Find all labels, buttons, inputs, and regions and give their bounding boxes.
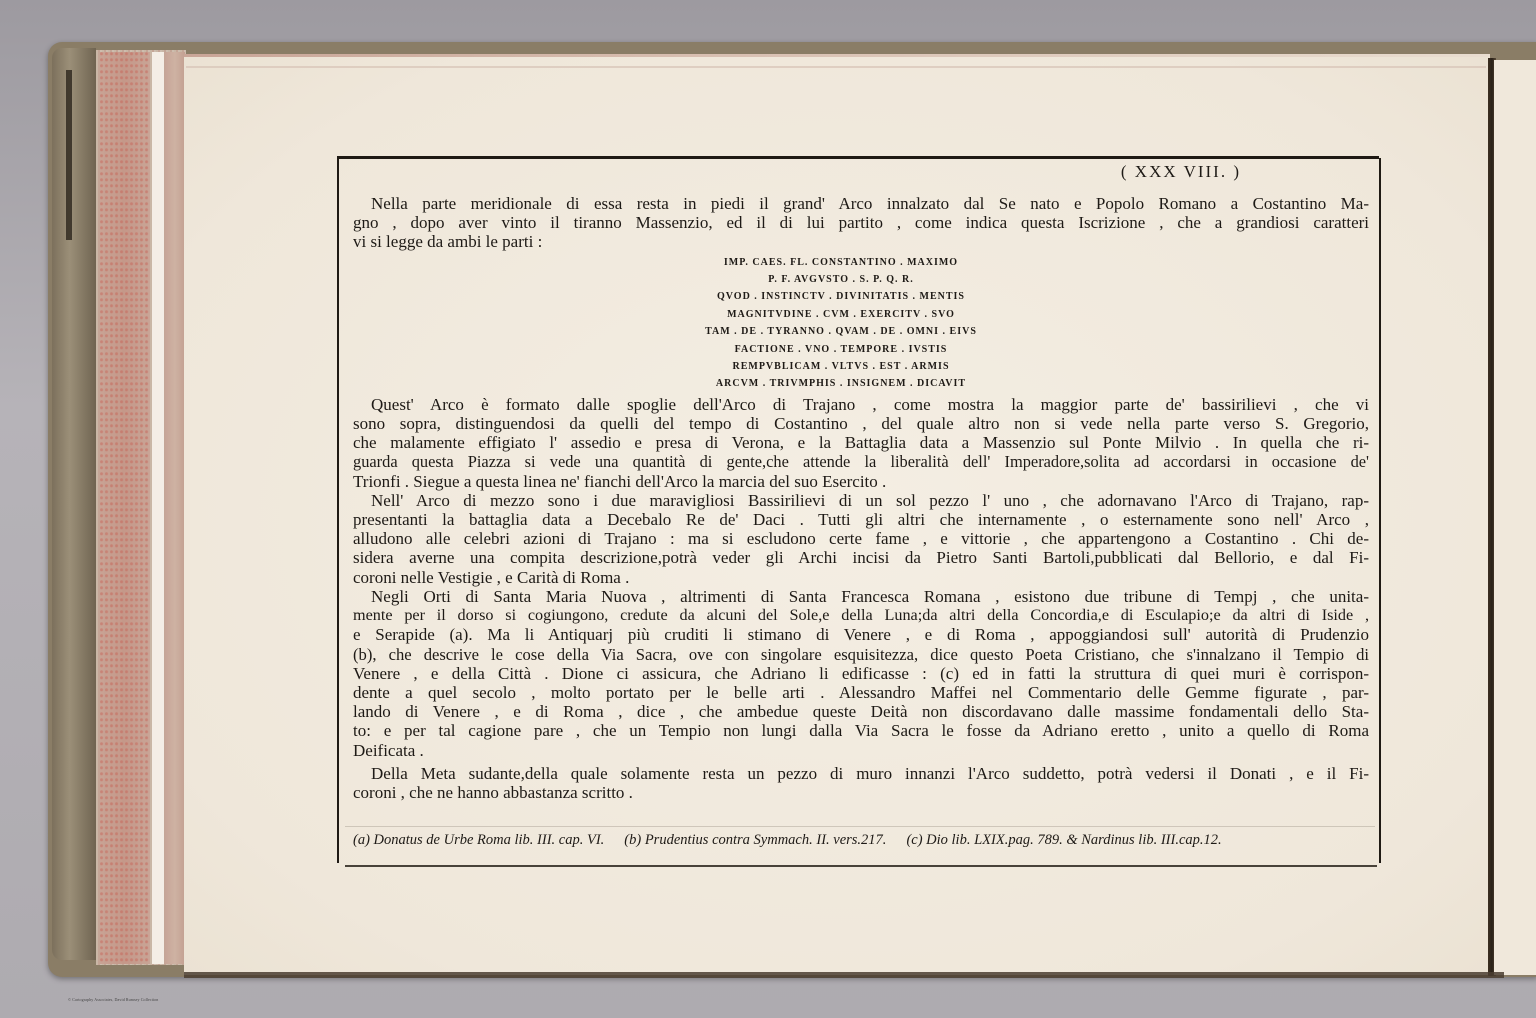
page-inner-edge xyxy=(186,66,1486,68)
text-line: guarda questa Piazza si vede una quantit… xyxy=(353,452,1369,471)
page-stack-white-band xyxy=(152,52,164,964)
inscription-line: REMPVBLICAM . VLTVS . EST . ARMIS xyxy=(353,358,1329,375)
text-line: Nell' Arco di mezzo sono i due maravigli… xyxy=(353,491,1369,510)
inscription-line: P. F. AVGVSTO . S. P. Q. R. xyxy=(353,271,1329,288)
paragraph-arco-spoglie: Quest' Arco è formato dalle spoglie dell… xyxy=(353,395,1369,491)
copyright-watermark: © Cartography Associates, David Rumsey C… xyxy=(68,997,158,1002)
text-line: coroni , che ne hanno abbastanza scritto… xyxy=(353,783,1369,802)
footnotes: (a) Donatus de Urbe Roma lib. III. cap. … xyxy=(353,832,1369,849)
paragraph-orti-santa-maria: Negli Orti di Santa Maria Nuova , altrim… xyxy=(353,587,1369,760)
text-line: che malamente effigiato l' assedio e pre… xyxy=(353,433,1369,452)
text-line: lando di Venere , e di Roma , dice , che… xyxy=(353,702,1369,721)
text-line: e Serapide (a). Ma li Antiquarj più crud… xyxy=(353,625,1369,644)
text-line: Quest' Arco è formato dalle spoglie dell… xyxy=(353,395,1369,414)
text-line: Trionfi . Siegue a questa linea ne' fian… xyxy=(353,472,1369,491)
inscription-line: FACTIONE . VNO . TEMPORE . IVSTIS xyxy=(353,341,1329,358)
frame-bottom-rule xyxy=(345,865,1377,867)
footnote-a: (a) Donatus de Urbe Roma lib. III. cap. … xyxy=(353,832,604,849)
inscription-line: QVOD . INSTINCTV . DIVINITATIS . MENTIS xyxy=(353,288,1329,305)
text-line: coroni nelle Vestigie , e Carità di Roma… xyxy=(353,568,1369,587)
inscription-line: IMP. CAES. FL. CONSTANTINO . MAXIMO xyxy=(353,254,1329,271)
footnote-separator xyxy=(345,826,1375,827)
text-line: (b), che descrive le cose della Via Sacr… xyxy=(353,645,1369,664)
text-line: vi si legge da ambi le parti : xyxy=(353,232,1369,251)
text-line: sidera averne una compita descrizione,po… xyxy=(353,548,1369,567)
inscription-line: TAM . DE . TYRANNO . QVAM . DE . OMNI . … xyxy=(353,323,1329,340)
text-line: presentanti la battaglia data a Decebalo… xyxy=(353,510,1369,529)
text-line: Deificata . xyxy=(353,741,1369,760)
footnote-c: (c) Dio lib. LXIX.pag. 789. & Nardinus l… xyxy=(906,832,1221,849)
page-top-edge xyxy=(184,54,1490,57)
latin-inscription: IMP. CAES. FL. CONSTANTINO . MAXIMO P. F… xyxy=(353,254,1369,393)
inscription-line: MAGNITVDINE . CVM . EXERCITV . SVO xyxy=(353,306,1329,323)
text-line: Della Meta sudante,della quale solamente… xyxy=(353,764,1369,783)
paragraph-meta-sudante: Della Meta sudante,della quale solamente… xyxy=(353,764,1369,802)
red-speckled-edge xyxy=(100,52,150,964)
page-text: ( XXX VIII. ) Nella parte meridionale di… xyxy=(353,162,1369,802)
cover-tear xyxy=(66,70,72,240)
text-line: alludono alle celebri azioni di Trajano … xyxy=(353,529,1369,548)
red-speckled-edge-inner xyxy=(165,52,185,964)
paragraph-arco-mezzo: Nell' Arco di mezzo sono i due maravigli… xyxy=(353,491,1369,587)
footnote-b: (b) Prudentius contra Symmach. II. vers.… xyxy=(624,832,886,849)
inscription-line: ARCVM . TRIVMPHIS . INSIGNEM . DICAVIT xyxy=(353,375,1329,392)
text-line: Venere , e della Città . Dione ci assicu… xyxy=(353,664,1369,683)
plate-number-heading: ( XXX VIII. ) xyxy=(353,162,1369,182)
page-bottom-edge xyxy=(184,972,1504,978)
text-line: to: e per tal cagione pare , che un Temp… xyxy=(353,721,1369,740)
text-line: mente per il dorso si cogiungono, credut… xyxy=(353,606,1369,625)
paragraph-intro: Nella parte meridionale di essa resta in… xyxy=(353,194,1369,252)
text-line: Negli Orti di Santa Maria Nuova , altrim… xyxy=(353,587,1369,606)
text-line: Nella parte meridionale di essa resta in… xyxy=(353,194,1369,213)
book-spine-edge xyxy=(52,48,96,960)
text-line: sono sopra, distinguendosi da quelli del… xyxy=(353,414,1369,433)
text-line: gno , dopo aver vinto il tiranno Massenz… xyxy=(353,213,1369,232)
text-line: dente a quel secolo , molto portato per … xyxy=(353,683,1369,702)
right-page-edge xyxy=(1494,60,1536,975)
